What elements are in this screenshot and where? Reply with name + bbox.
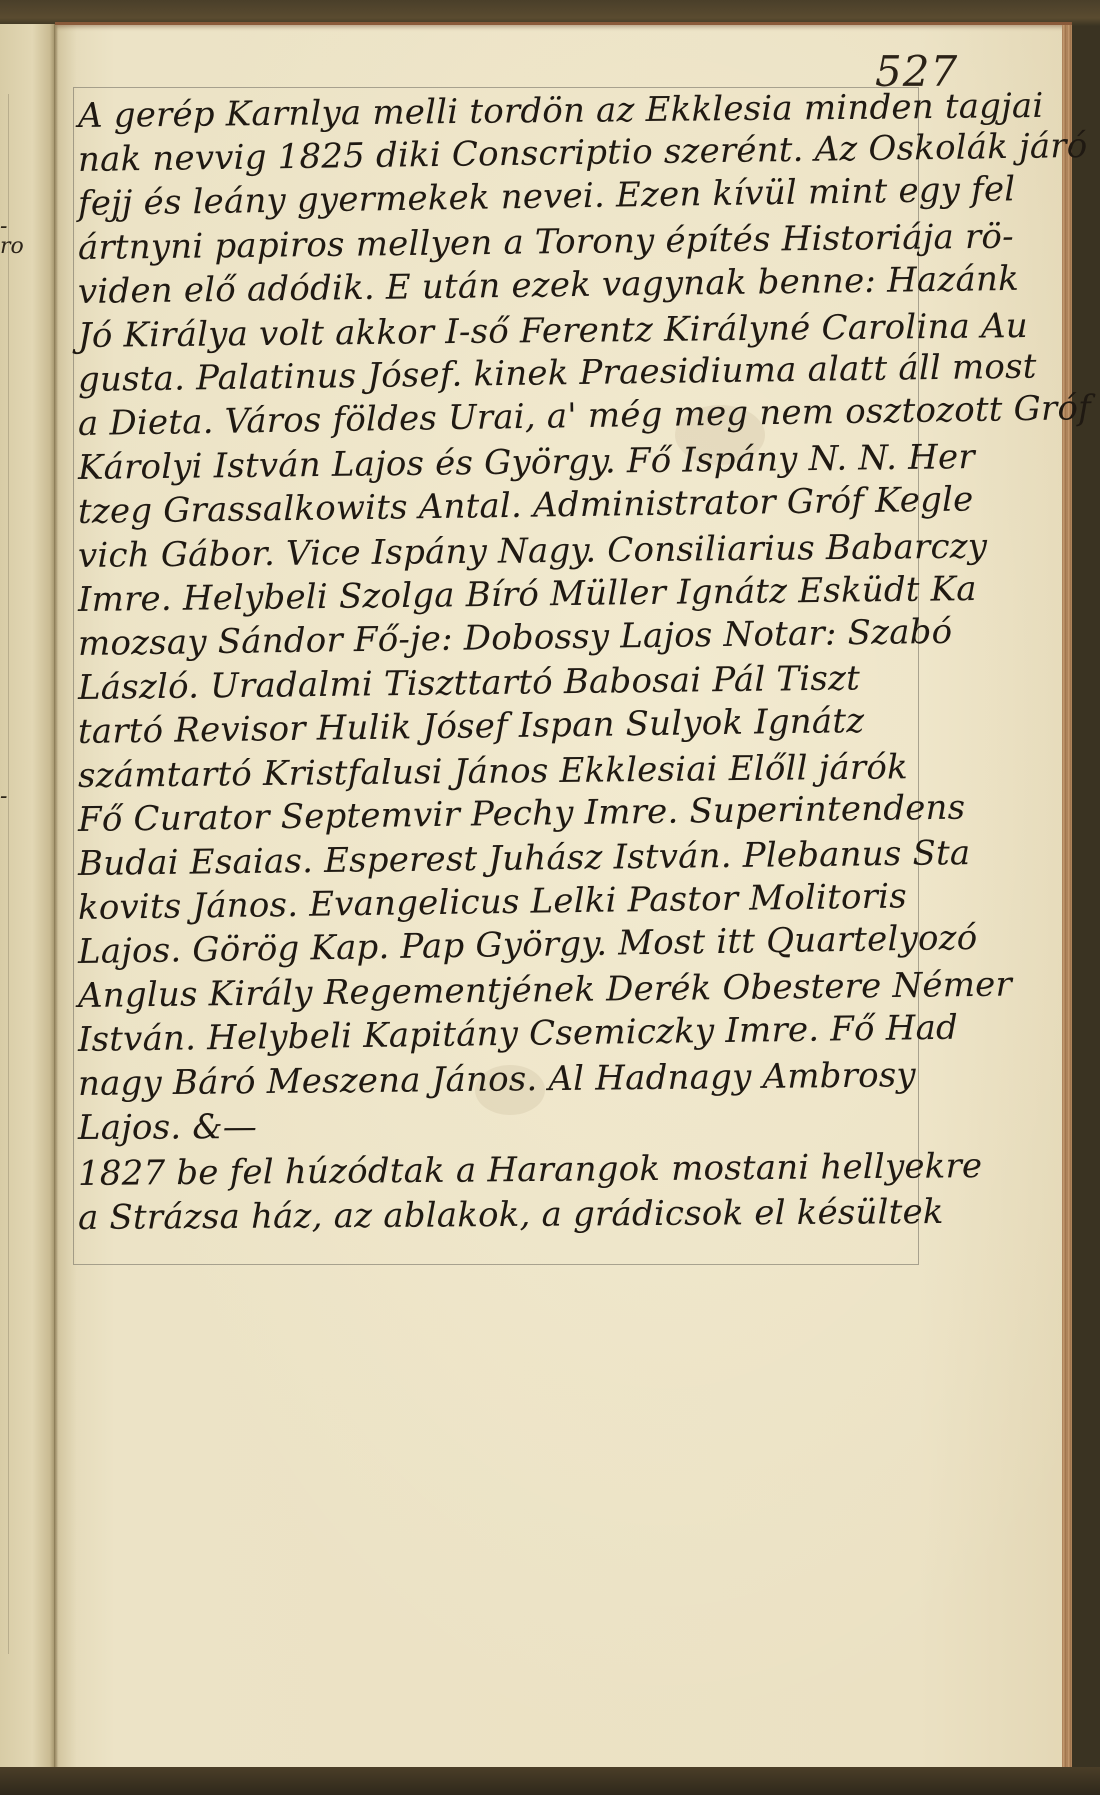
manuscript-line: fejj és leány gyermekek nevei. Ezen kívü… — [78, 170, 939, 224]
manuscript-line: A gerép Karnlya melli tordön az Ekklesia… — [78, 87, 938, 136]
verso-margin-mark: - — [0, 784, 7, 809]
manuscript-line: a Dieta. Város földes Urai, a' még meg n… — [78, 390, 939, 444]
manuscript-page-recto: 527 A gerép Karnlya melli tordön az Ekkl… — [55, 22, 1072, 1770]
verso-margin-mark: ro — [0, 234, 24, 259]
manuscript-line: 1827 be fel húzódtak a Harangok mostani … — [78, 1146, 938, 1194]
manuscript-line: Jó Királya volt akkor I-ső Ferentz Királ… — [78, 307, 938, 356]
manuscript-line: tzeg Grassalkowits Antal. Administrator … — [78, 480, 938, 532]
manuscript-line: István. Helybeli Kapitány Csemiczky Imre… — [78, 1008, 938, 1060]
ruled-text-frame: A gerép Karnlya melli tordön az Ekklesia… — [73, 87, 919, 1265]
manuscript-line: Imre. Helybeli Szolga Bíró Müller Ignátz… — [78, 569, 938, 620]
manuscript-line: László. Uradalmi Tiszttartó Babosai Pál … — [78, 657, 938, 708]
facing-page-verso: - ro - — [0, 24, 55, 1769]
manuscript-scan: - ro - 527 A gerép Karnlya melli tordön … — [0, 0, 1100, 1795]
page-fore-edge — [1062, 25, 1072, 1770]
manuscript-line: nagy Báró Meszena János. Al Hadnagy Ambr… — [78, 1055, 938, 1104]
manuscript-line: Károlyi István Lajos és György. Fő Ispán… — [78, 437, 938, 488]
gutter-shadow — [55, 25, 58, 1770]
manuscript-line: vich Gábor. Vice Ispány Nagy. Consiliari… — [78, 527, 938, 576]
manuscript-line: ártnyni papiros mellyen a Torony építés … — [78, 217, 938, 268]
manuscript-line: mozsay Sándor Fő-je: Dobossy Lajos Notar… — [78, 612, 938, 664]
manuscript-line: Fő Curator Septemvir Pechy Imre. Superin… — [78, 788, 938, 840]
manuscript-line: Lajos. &— — [78, 1103, 938, 1148]
manuscript-line: a Strázsa ház, az ablakok, a grádicsok e… — [78, 1192, 938, 1238]
manuscript-line: Lajos. Görög Kap. Pap György. Most itt Q… — [78, 918, 939, 972]
manuscript-line: Budai Esaias. Esperest Juhász István. Pl… — [78, 833, 938, 884]
manuscript-line: tartó Revisor Hulik Jósef Ispan Sulyok I… — [78, 700, 938, 752]
book-cover-edge — [0, 1767, 1100, 1795]
verso-frame-rule — [8, 94, 9, 1654]
manuscript-line: Anglus Király Regementjének Derék Obeste… — [78, 965, 938, 1016]
manuscript-line: számtartó Kristfalusi János Ekklesiai El… — [78, 747, 938, 796]
manuscript-line: viden elő adódik. E után ezek vagynak be… — [78, 260, 938, 312]
